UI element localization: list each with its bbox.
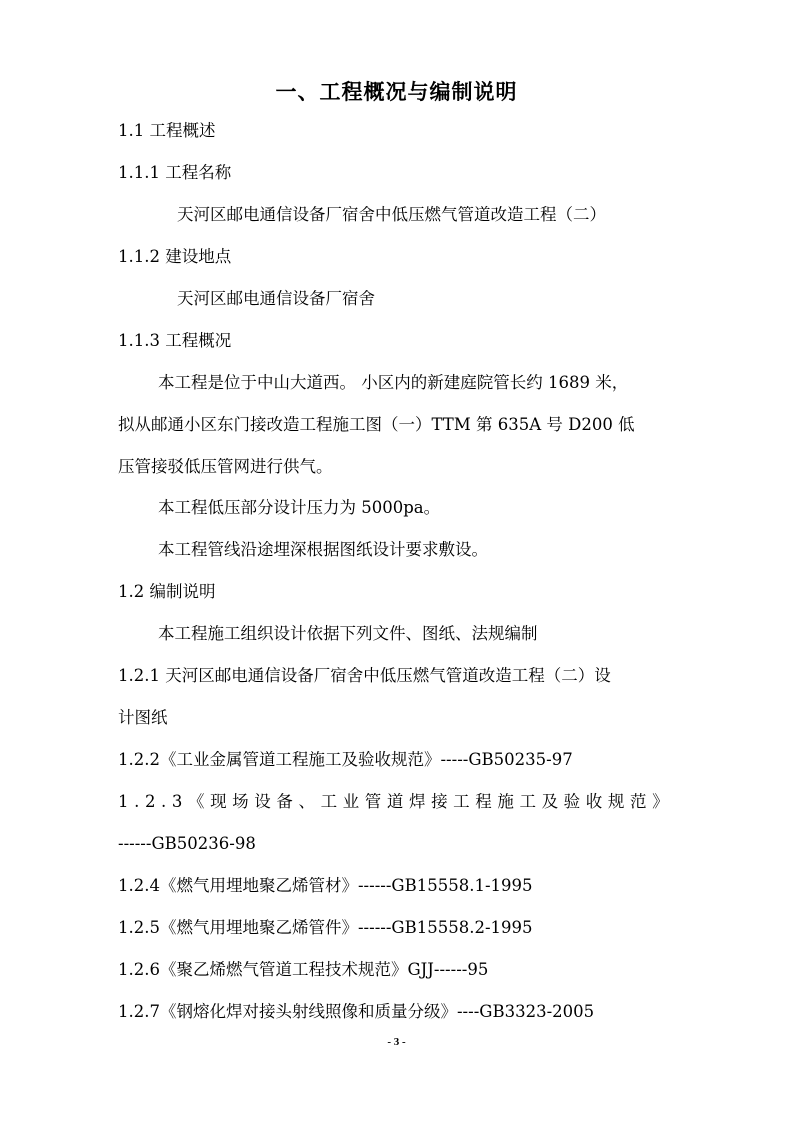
design-pressure-paragraph: 本工程低压部分设计压力为 5000pa。 xyxy=(158,497,440,519)
page-title: 一、工程概况与编制说明 xyxy=(0,77,793,107)
overview-paragraph-line-1: 本工程是位于中山大道西。 小区内的新建庭院管长约 1689 米， xyxy=(158,372,628,394)
reference-1-2-2: 1.2.2《工业金属管道工程施工及验收规范》-----GB50235-97 xyxy=(118,749,573,771)
reference-1-2-1-line-2: 计图纸 xyxy=(118,707,168,729)
page-number: - 3 - xyxy=(0,1036,793,1048)
burial-depth-paragraph: 本工程管线沿途埋深根据图纸设计要求敷设。 xyxy=(158,539,488,561)
reference-1-2-3-line-2: ------GB50236-98 xyxy=(118,833,256,855)
reference-1-2-1-line-1: 1.2.1 天河区邮电通信设备厂宿舍中低压燃气管道改造工程（二）设 xyxy=(118,665,611,687)
section-heading-1-2: 1.2 编制说明 xyxy=(118,581,216,603)
section-heading-1-1-1: 1.1.1 工程名称 xyxy=(118,162,231,184)
section-heading-1-1-2: 1.1.2 建设地点 xyxy=(118,246,231,268)
project-name: 天河区邮电通信设备厂宿舍中低压燃气管道改造工程（二） xyxy=(177,204,606,226)
reference-1-2-3-line-1: 1.2.3《现场设备、工业管道焊接工程施工及验收规范》 xyxy=(118,791,674,813)
reference-1-2-6: 1.2.6《聚乙烯燃气管道工程技术规范》GJJ------95 xyxy=(118,959,488,981)
section-heading-1-1: 1.1 工程概述 xyxy=(118,120,216,142)
reference-1-2-4: 1.2.4《燃气用埋地聚乙烯管材》------GB15558.1-1995 xyxy=(118,875,533,897)
overview-paragraph-line-2: 拟从邮通小区东门接改造工程施工图（一）TTM 第 635A 号 D200 低 xyxy=(118,414,635,436)
section-heading-1-1-3: 1.1.3 工程概况 xyxy=(118,330,231,352)
overview-paragraph-line-3: 压管接驳低压管网进行供气。 xyxy=(118,456,333,478)
document-page: 一、工程概况与编制说明 1.1 工程概述 1.1.1 工程名称 天河区邮电通信设… xyxy=(0,0,793,1122)
reference-1-2-7: 1.2.7《钢熔化焊对接头射线照像和质量分级》----GB3323-2005 xyxy=(118,1001,594,1023)
reference-1-2-5: 1.2.5《燃气用埋地聚乙烯管件》------GB15558.2-1995 xyxy=(118,917,533,939)
project-location: 天河区邮电通信设备厂宿舍 xyxy=(177,288,375,310)
basis-intro: 本工程施工组织设计依据下列文件、图纸、法规编制 xyxy=(158,623,538,645)
